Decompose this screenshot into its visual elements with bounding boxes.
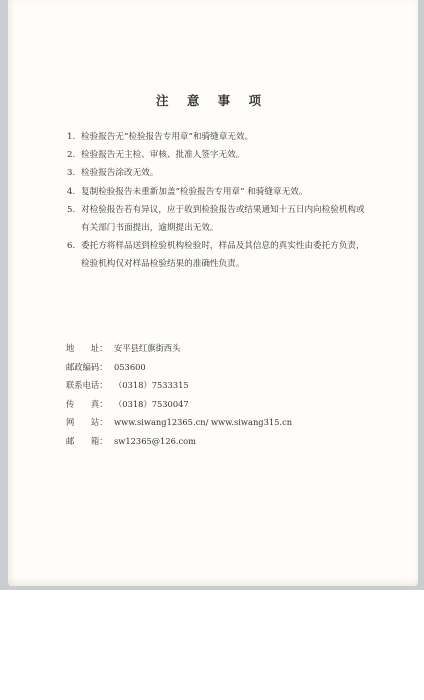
notice-number: 1. <box>67 128 75 146</box>
contact-email: 邮 箱：sw12365@126.com <box>66 432 292 451</box>
contact-phone: 联系电话：（0318）7533315 <box>66 376 292 395</box>
notice-text: 检验报告无主检、审核、批准人签字无效。 <box>81 150 244 160</box>
contact-label: 地 址： <box>66 339 114 358</box>
page-title: 注 意 事 项 <box>0 91 424 109</box>
contact-fax: 传 真：（0318）7530047 <box>66 395 292 414</box>
contact-value: 安平县红旗街西头 <box>114 343 180 353</box>
notice-number: 2. <box>67 146 75 164</box>
contact-label: 传 真： <box>66 395 114 414</box>
notice-number: 6. <box>67 237 75 255</box>
notice-list: 1.检验报告无“检验报告专用章”和骑缝章无效。 2.检验报告无主检、审核、批准人… <box>67 128 407 274</box>
notice-number: 4. <box>67 183 75 201</box>
contact-label: 邮政编码： <box>66 358 114 377</box>
contact-label: 联系电话： <box>66 376 114 395</box>
contact-value: （0318）7533315 <box>114 380 189 390</box>
contact-label: 邮 箱： <box>66 432 114 451</box>
contact-address: 地 址：安平县红旗街西头 <box>66 339 292 358</box>
notice-text: 检验机构仅对样品检验结果的准确性负责。 <box>81 259 244 269</box>
notice-item: 4.复制检验报告未重新加盖“检验报告专用章” 和骑缝章无效。 <box>67 183 407 201</box>
notice-item: 5.对检验报告若有异议，应于收到检验报告或结果通知十五日内向检验机构或 <box>67 201 407 219</box>
notice-item-continuation: 检验机构仅对样品检验结果的准确性负责。 <box>67 255 407 273</box>
notice-text: 对检验报告若有异议，应于收到检验报告或结果通知十五日内向检验机构或 <box>81 205 365 215</box>
notice-item: 1.检验报告无“检验报告专用章”和骑缝章无效。 <box>67 128 407 146</box>
document-page <box>8 0 418 586</box>
contact-value: www.siwang12365.cn/ www.siwang315.cn <box>114 417 292 427</box>
notice-item: 3.检验报告涂改无效。 <box>67 164 407 182</box>
notice-text: 复制检验报告未重新加盖“检验报告专用章” 和骑缝章无效。 <box>81 187 307 197</box>
contact-info: 地 址：安平县红旗街西头 邮政编码：053600 联系电话：（0318）7533… <box>66 339 292 450</box>
notice-item-continuation: 有关部门书面提出，逾期提出无效。 <box>67 219 407 237</box>
notice-item: 2.检验报告无主检、审核、批准人签字无效。 <box>67 146 407 164</box>
contact-value: （0318）7530047 <box>114 399 189 409</box>
notice-text: 委托方将样品送到检验机构检验时，样品及其信息的真实性由委托方负责， <box>81 241 365 251</box>
contact-postcode: 邮政编码：053600 <box>66 358 292 377</box>
contact-label: 网 站： <box>66 413 114 432</box>
notice-item: 6.委托方将样品送到检验机构检验时，样品及其信息的真实性由委托方负责， <box>67 237 407 255</box>
notice-number: 5. <box>67 201 75 219</box>
notice-text: 检验报告无“检验报告专用章”和骑缝章无效。 <box>81 132 253 142</box>
notice-text: 检验报告涂改无效。 <box>81 168 158 178</box>
notice-number: 3. <box>67 164 75 182</box>
contact-value: 053600 <box>114 362 146 372</box>
notice-text: 有关部门书面提出，逾期提出无效。 <box>81 223 219 233</box>
contact-website: 网 站：www.siwang12365.cn/ www.siwang315.cn <box>66 413 292 432</box>
contact-value: sw12365@126.com <box>114 436 196 446</box>
